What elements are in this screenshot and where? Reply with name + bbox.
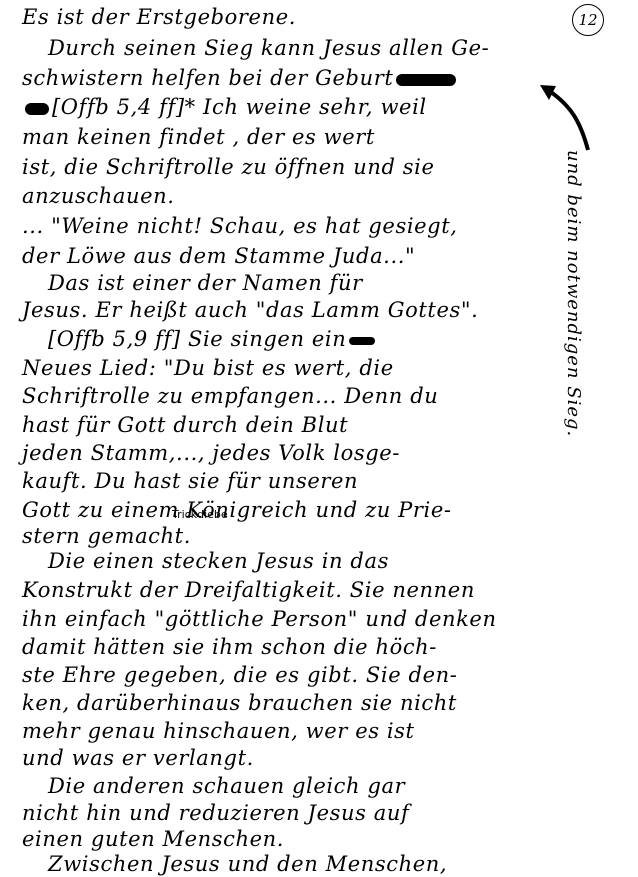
handwritten-page: 12 Es ist der Erstgeborene. Durch seinen…	[0, 0, 638, 877]
insertion-arrow-icon	[0, 0, 638, 877]
